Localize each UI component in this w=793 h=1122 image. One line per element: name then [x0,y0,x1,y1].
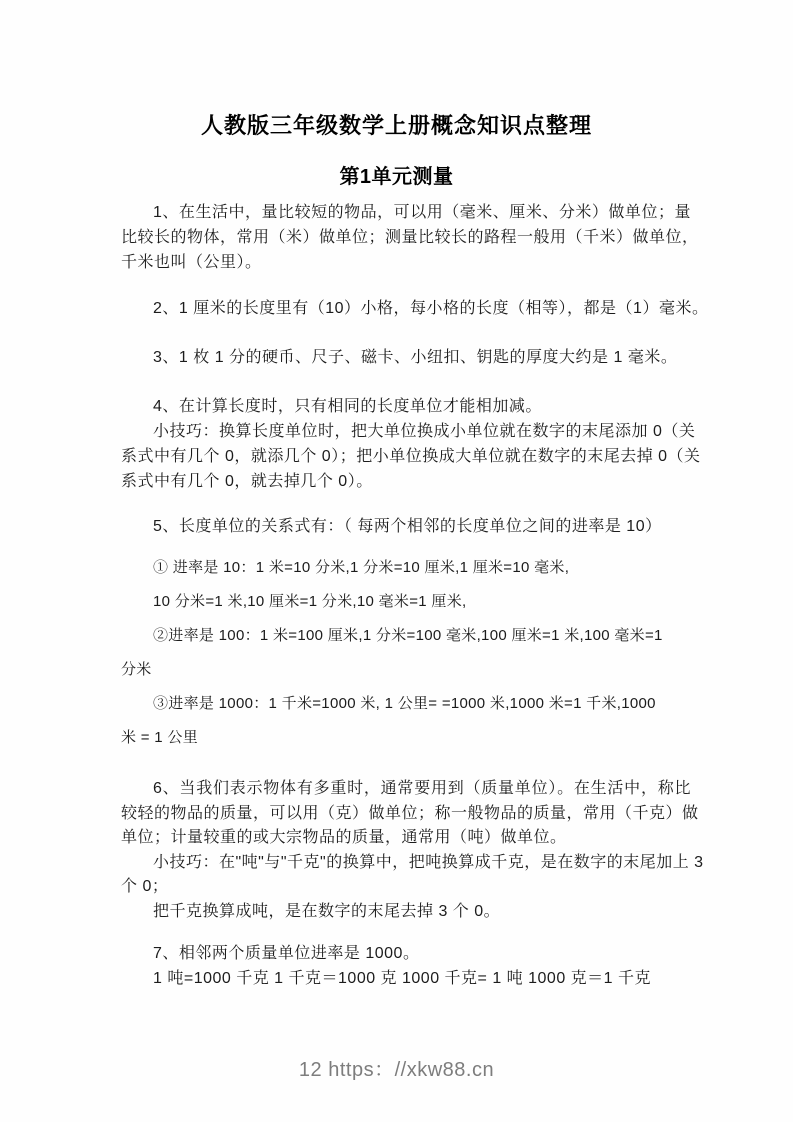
paragraph-line: 7、相邻两个质量单位进率是 1000。 [121,942,691,967]
paragraph-line: 6、当我们表示物体有多重时，通常要用到（质量单位）。在生活中，称比 [121,777,691,802]
paragraph-line: 5、长度单位的关系式有：（ 每两个相邻的长度单位之间的进率是 10） [121,514,691,539]
paragraph-line: 单位；计量较重的或大宗物品的质量，通常用（吨）做单位。 [121,826,691,851]
paragraph-line: 3、1 枚 1 分的硬币、尺子、磁卡、小纽扣、钥匙的厚度大约是 1 毫米。 [121,345,691,370]
paragraph-4-and-tip: 4、在计算长度时，只有相同的长度单位才能相加减。 小技巧：换算长度单位时，把大单… [121,394,691,494]
equation-line: ③进率是 1000：1 千米=1000 米, 1 公里= =1000 米,100… [121,687,691,721]
paragraph-7: 7、相邻两个质量单位进率是 1000。 1 吨=1000 千克 1 千克＝100… [121,942,691,991]
tip-line: 把千克换算成吨，是在数字的末尾去掉 3 个 0。 [121,900,691,925]
unit-conversion-equations: ① 进率是 10：1 米=10 分米,1 分米=10 厘米,1 厘米=10 毫米… [121,551,691,755]
paragraph-line: 较轻的物品的质量，可以用（克）做单位；称一般物品的质量，常用（千克）做 [121,802,691,827]
doc-title: 人教版三年级数学上册概念知识点整理 [0,110,793,142]
paragraph-line: 4、在计算长度时，只有相同的长度单位才能相加减。 [121,394,691,419]
tip-line: 个 0； [121,875,691,900]
tip-line: 小技巧：换算长度单位时，把大单位换成小单位就在数字的末尾添加 0（关 [121,419,691,444]
equation-line: 米 = 1 公里 [121,721,691,755]
tip-line: 系式中有几个 0，就去掉几个 0）。 [121,469,691,494]
tip-line: 系式中有几个 0，就添几个 0）；把小单位换成大单位就在数字的末尾去掉 0（关 [121,444,691,469]
paragraph-line: 比较长的物体，常用（米）做单位；测量比较长的路程一般用（千米）做单位， [121,225,691,250]
equation-line: ②进率是 100：1 米=100 厘米,1 分米=100 毫米,100 厘米=1… [121,619,691,653]
section-heading: 第1单元测量 [0,162,793,192]
paragraph-line: 千米也叫（公里）。 [121,250,691,275]
paragraph-2: 2、1 厘米的长度里有（10）小格，每小格的长度（相等），都是（1）毫米。 [121,296,691,321]
tip-line: 小技巧：在"吨"与"千克"的换算中，把吨换算成千克，是在数字的末尾加上 3 [121,851,691,876]
paragraph-6-and-tip: 6、当我们表示物体有多重时，通常要用到（质量单位）。在生活中，称比 较轻的物品的… [121,777,691,924]
equation-line: 1 吨=1000 千克 1 千克＝1000 克 1000 千克= 1 吨 100… [121,967,691,992]
paragraph-line: 1、在生活中，量比较短的物品，可以用（毫米、厘米、分米）做单位；量 [121,200,691,225]
equation-line: 10 分米=1 米,10 厘米=1 分米,10 毫米=1 厘米, [121,585,691,619]
document-page: 人教版三年级数学上册概念知识点整理 第1单元测量 1、在生活中，量比较短的物品，… [0,0,793,1122]
equation-line: ① 进率是 10：1 米=10 分米,1 分米=10 厘米,1 厘米=10 毫米… [121,551,691,585]
paragraph-3: 3、1 枚 1 分的硬币、尺子、磁卡、小纽扣、钥匙的厚度大约是 1 毫米。 [121,345,691,370]
paragraph-5: 5、长度单位的关系式有：（ 每两个相邻的长度单位之间的进率是 10） [121,514,691,539]
page-footer: 12 https：//xkw88.cn [0,1056,793,1084]
paragraph-1: 1、在生活中，量比较短的物品，可以用（毫米、厘米、分米）做单位；量 比较长的物体… [121,200,691,275]
paragraph-line: 2、1 厘米的长度里有（10）小格，每小格的长度（相等），都是（1）毫米。 [121,296,691,321]
equation-line: 分米 [121,653,691,687]
